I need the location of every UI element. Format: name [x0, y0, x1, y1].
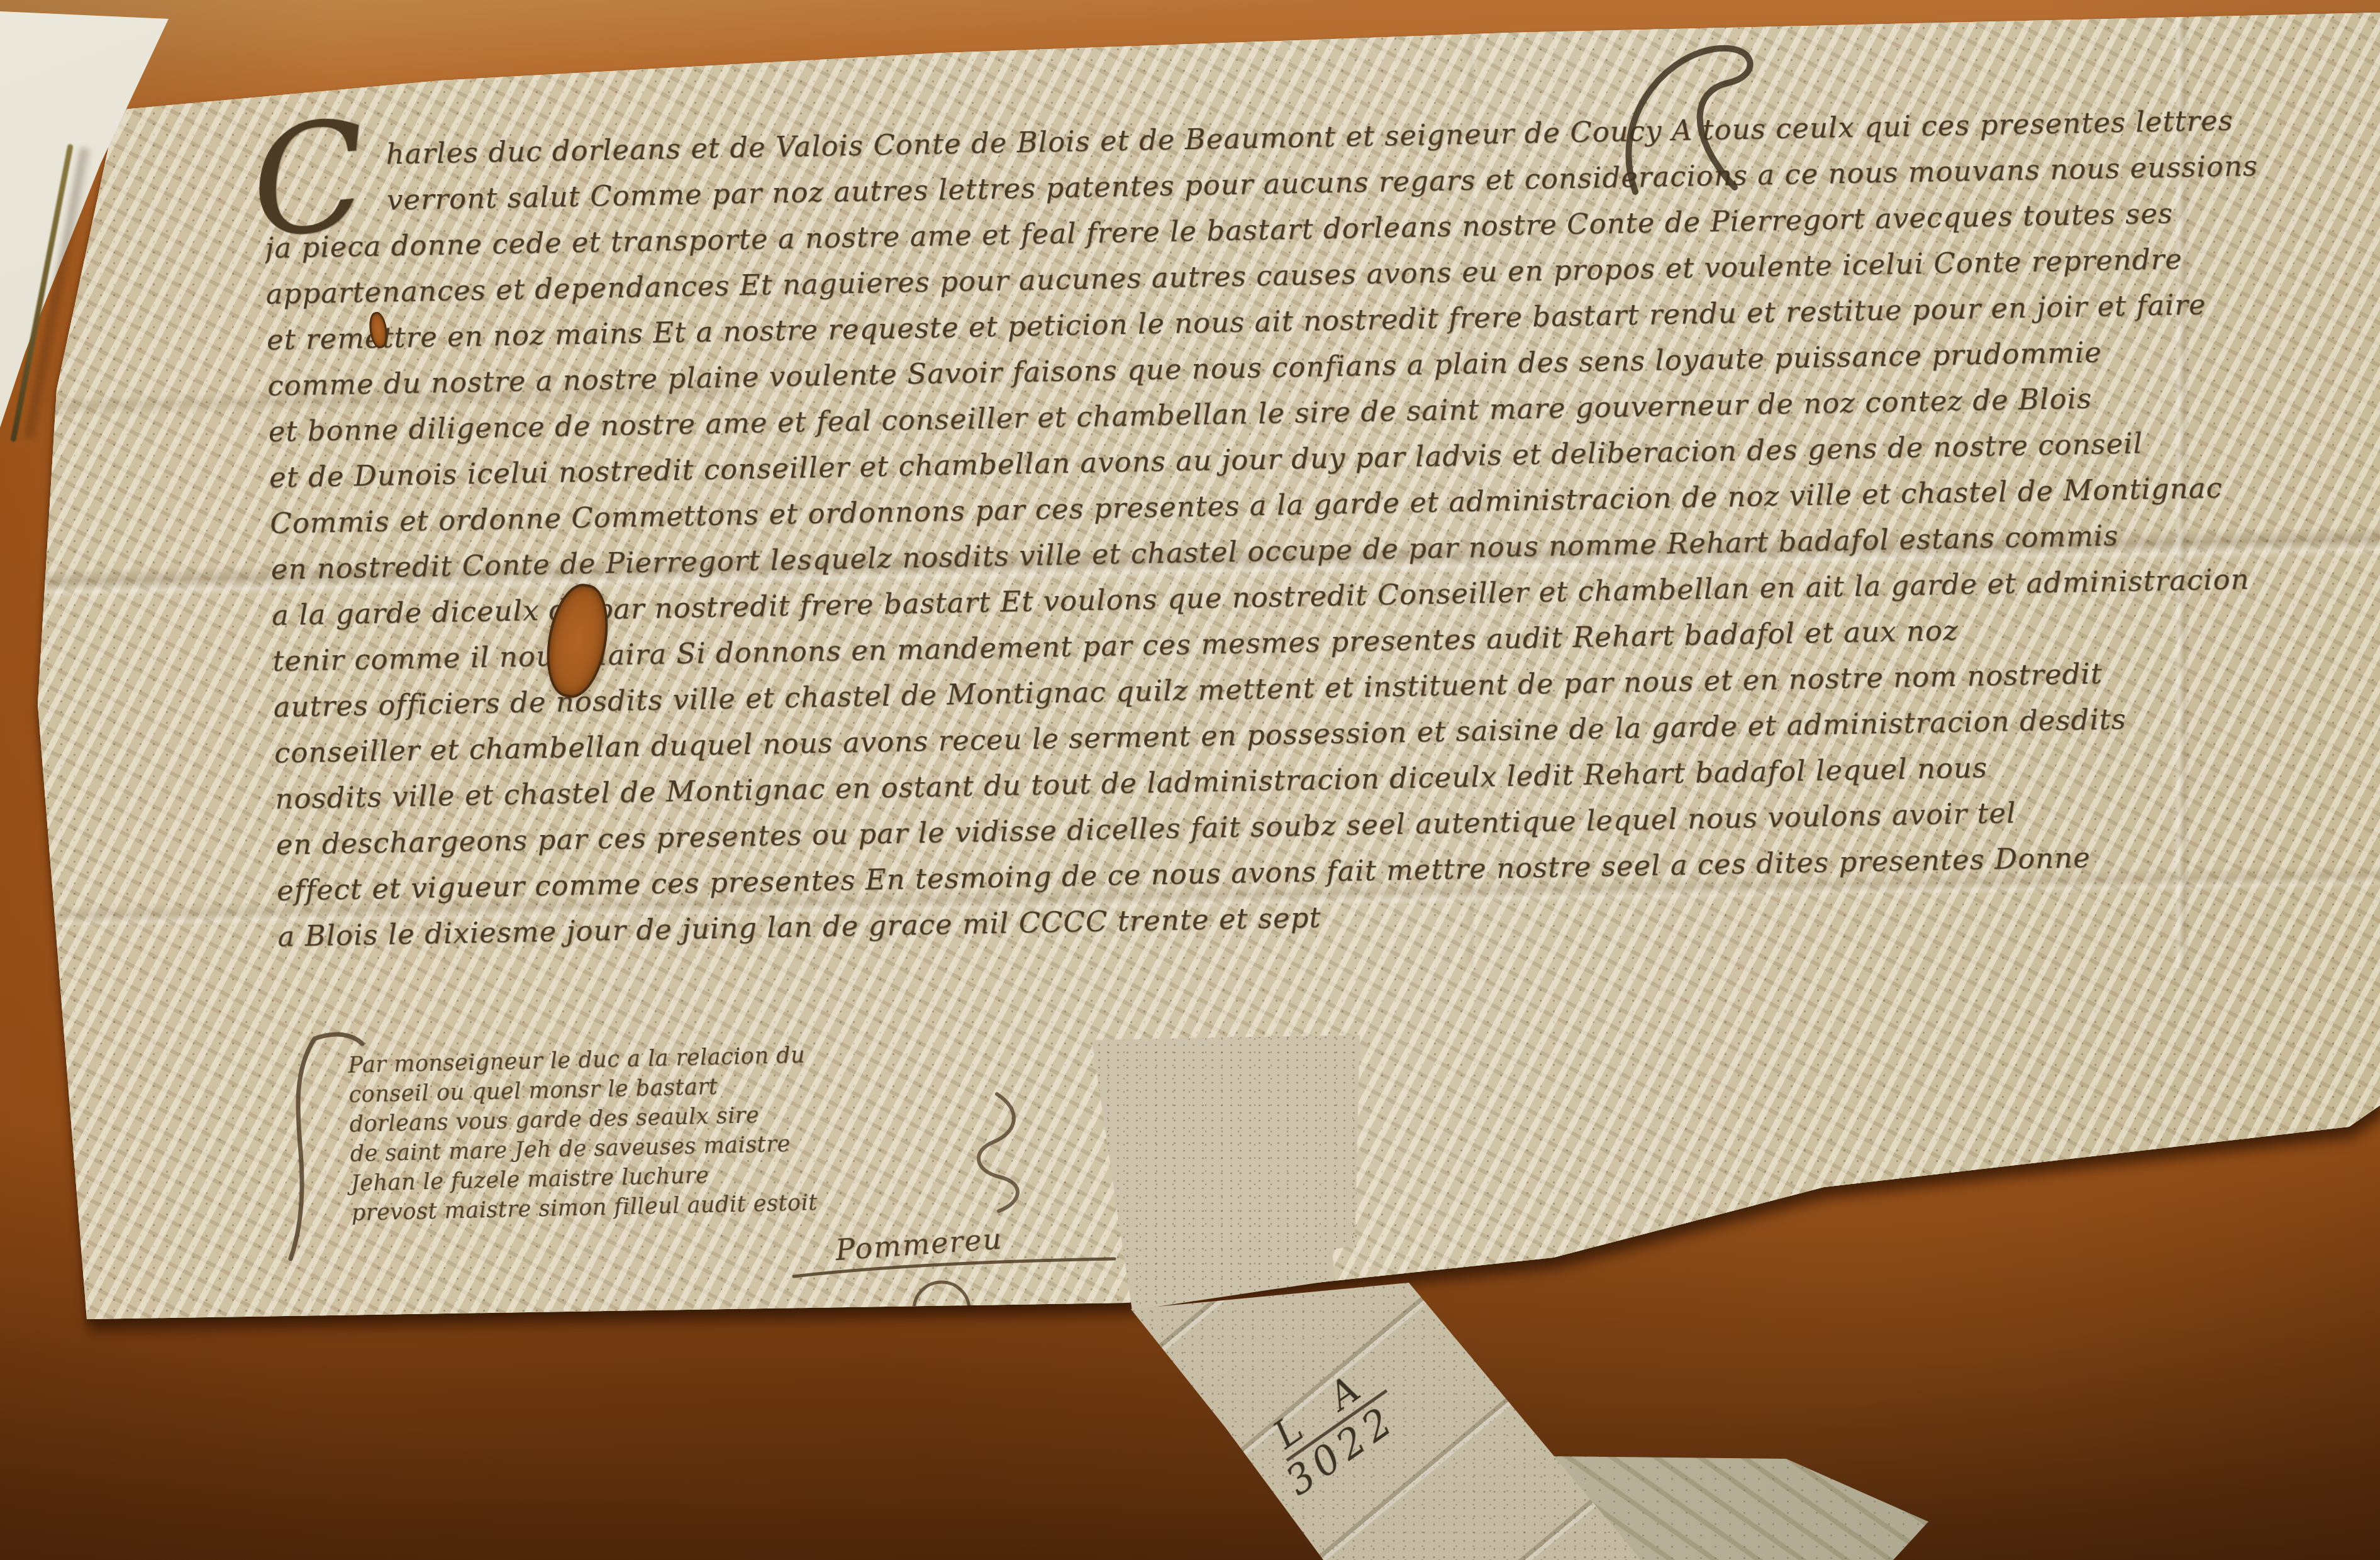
signature-paraph-dot	[934, 1306, 944, 1316]
chancery-endorsement-note: Par monseigneur le duc a la relacion du …	[348, 1036, 1012, 1229]
photo-medieval-charter: C harles duc dorleans et de Valois Conte…	[0, 0, 2380, 1560]
archival-shelfmark: L A 3022	[1263, 1356, 1413, 1498]
charter-body-text: harles duc dorleans et de Valois Conte d…	[263, 95, 2367, 960]
